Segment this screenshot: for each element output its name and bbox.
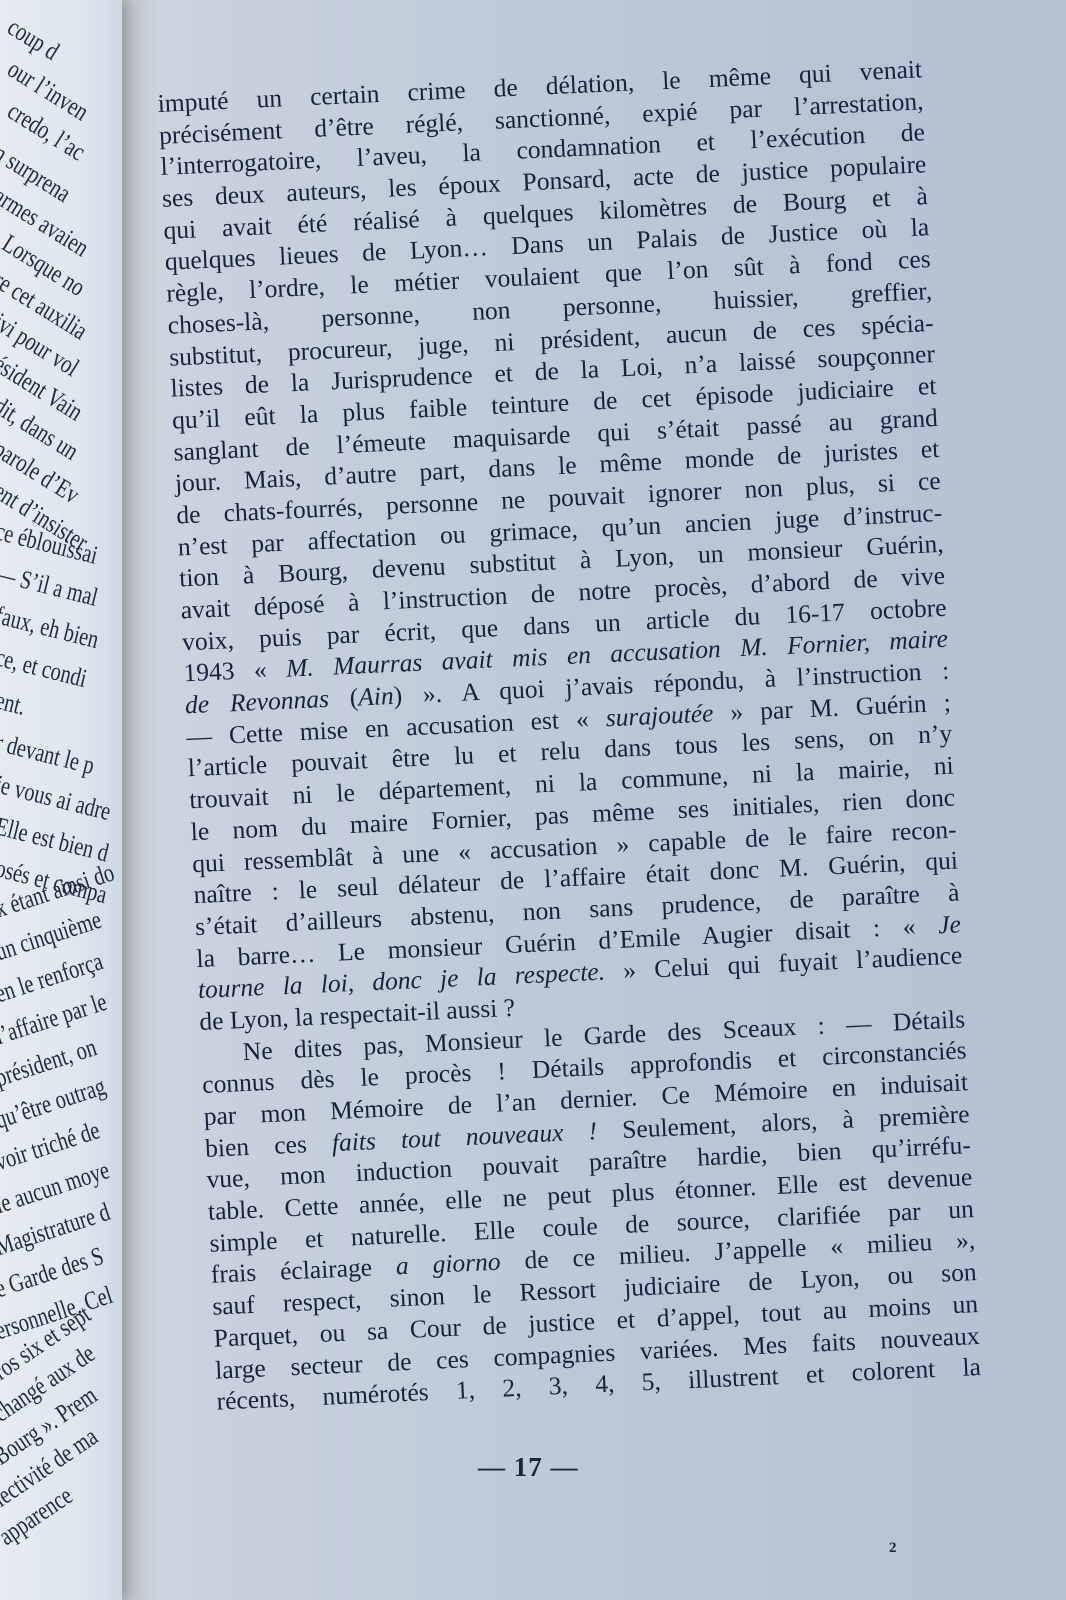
body-text: imputé un certain crime de délation, le … xyxy=(157,53,982,1417)
text-segment: bien ces xyxy=(204,1128,332,1163)
left-page-curled: coup dour l’invencredo, l’acn surprenaar… xyxy=(0,0,122,1600)
photo-scene: coup dour l’invencredo, l’acn surprenaar… xyxy=(0,0,1066,1600)
italic-text: a giorno xyxy=(395,1247,501,1281)
left-page-fragment: coup d xyxy=(2,12,64,66)
italic-text: Ain xyxy=(358,681,395,712)
left-page-fragment: ent. xyxy=(0,685,29,721)
text-segment: 1943 « xyxy=(183,654,287,688)
signature-mark: 2 xyxy=(889,1540,897,1557)
italic-text: de Revonnas xyxy=(184,684,329,720)
italic-text: surajoutée xyxy=(605,698,714,732)
page-number: — 17 — xyxy=(478,1452,579,1483)
text-segment: ( xyxy=(328,683,359,713)
italic-text: Je xyxy=(937,909,961,939)
